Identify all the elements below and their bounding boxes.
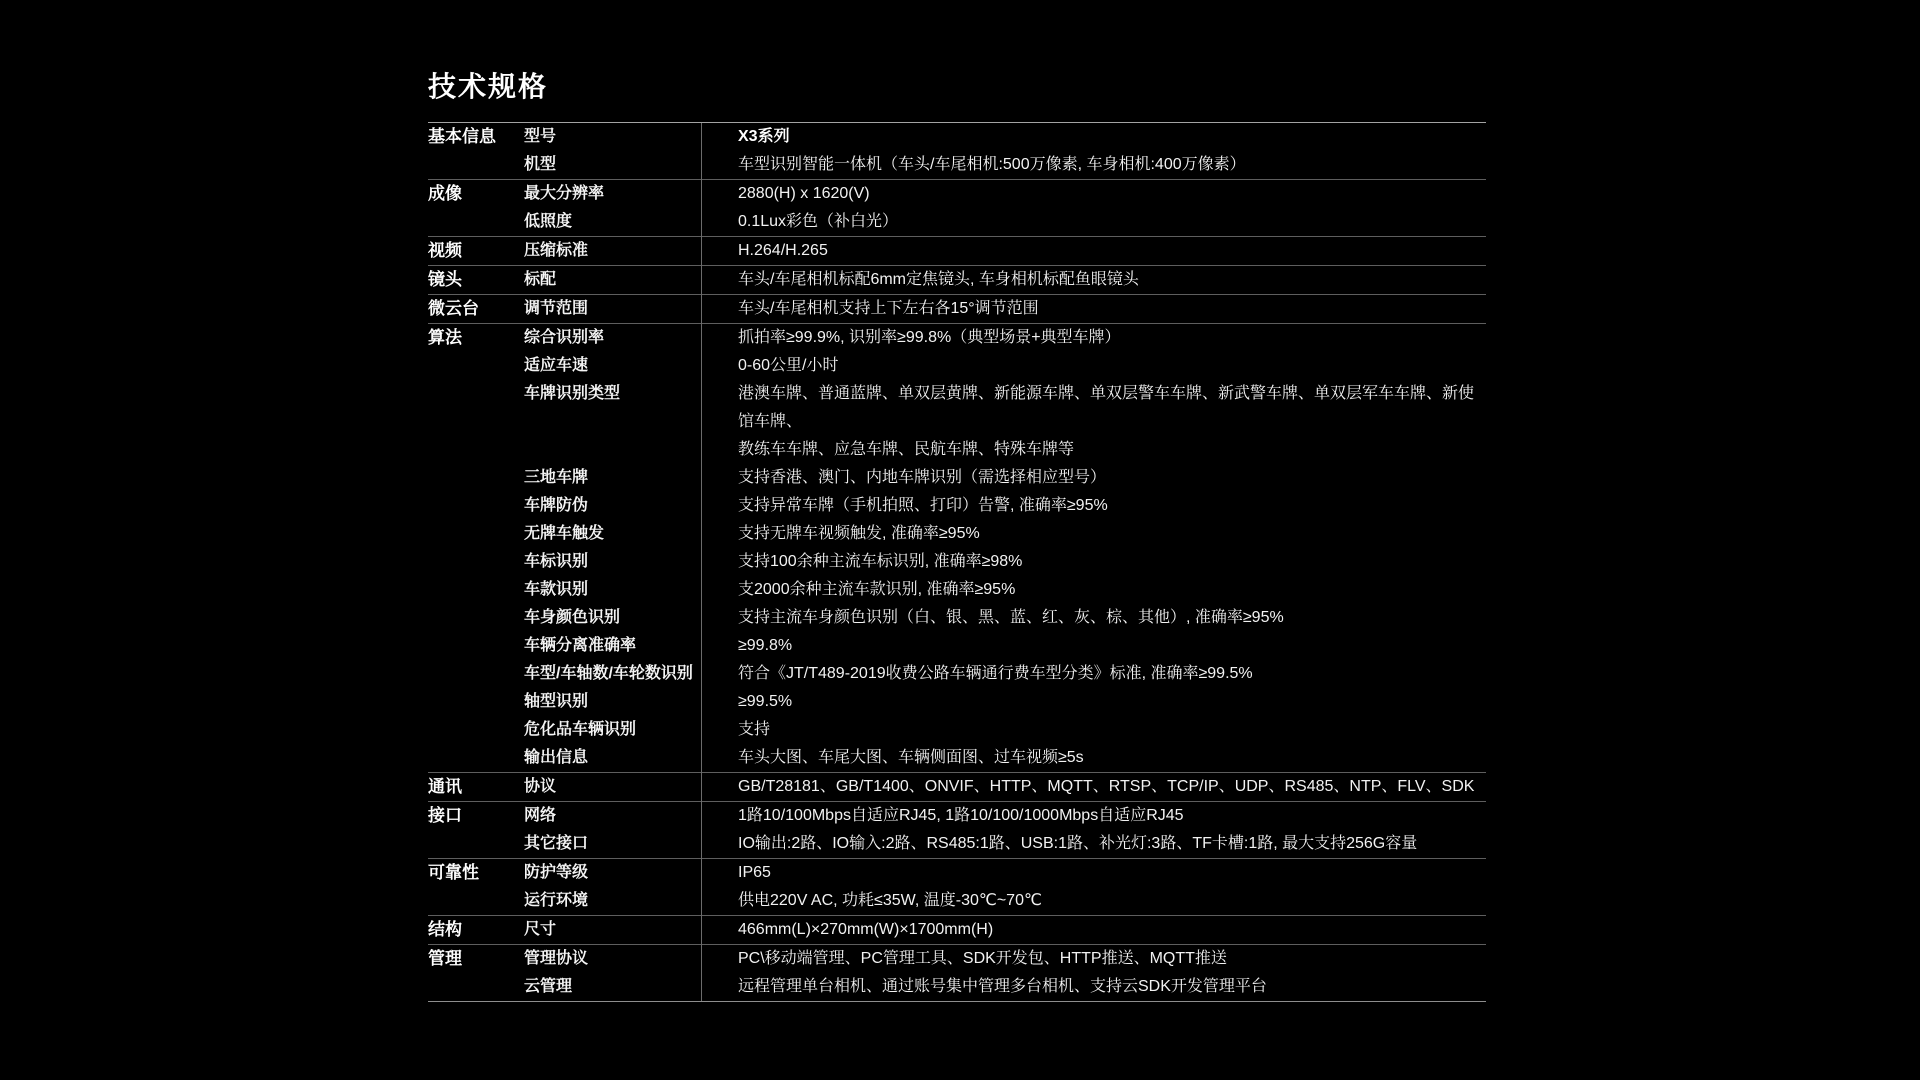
spec-value: PC\移动端管理、PC管理工具、SDK开发包、HTTP推送、MQTT推送 xyxy=(701,945,1486,973)
spec-value: 支2000余种主流车款识别, 准确率≥95% xyxy=(701,576,1486,604)
spec-sections: 基本信息 型号 X3系列 机型 车型识别智能一体机（车头/车尾相机:500万像素… xyxy=(428,123,1486,1001)
spec-row: 尺寸 466mm(L)×270mm(W)×1700mm(H) xyxy=(524,916,1486,944)
spec-name-label: 综合识别率 xyxy=(524,324,701,352)
section-rows: 网络 1路10/100Mbps自适应RJ45, 1路10/100/1000Mbp… xyxy=(524,802,1486,858)
spec-value: 支持100余种主流车标识别, 准确率≥98% xyxy=(701,548,1486,576)
spec-row: 网络 1路10/100Mbps自适应RJ45, 1路10/100/1000Mbp… xyxy=(524,802,1486,830)
spec-row: 压缩标准 H.264/H.265 xyxy=(524,237,1486,265)
spec-row: 三地车牌 支持香港、澳门、内地车牌识别（需选择相应型号） xyxy=(524,464,1486,492)
column-divider xyxy=(701,123,702,1001)
spec-row: 车身颜色识别 支持主流车身颜色识别（白、银、黑、蓝、红、灰、棕、其他）, 准确率… xyxy=(524,604,1486,632)
spec-name-label: 输出信息 xyxy=(524,744,701,772)
spec-section: 结构 尺寸 466mm(L)×270mm(W)×1700mm(H) xyxy=(428,916,1486,945)
spec-name-label: 压缩标准 xyxy=(524,237,701,265)
section-category-label: 管理 xyxy=(428,945,524,1001)
spec-row: 车标识别 支持100余种主流车标识别, 准确率≥98% xyxy=(524,548,1486,576)
spec-value: 港澳车牌、普通蓝牌、单双层黄牌、新能源车牌、单双层警车车牌、新武警车牌、单双层军… xyxy=(701,380,1486,464)
spec-name-label: 危化品车辆识别 xyxy=(524,716,701,744)
spec-name-label: 车标识别 xyxy=(524,548,701,576)
spec-name-label: 车牌防伪 xyxy=(524,492,701,520)
spec-row: 车款识别 支2000余种主流车款识别, 准确率≥95% xyxy=(524,576,1486,604)
spec-section: 视频 压缩标准 H.264/H.265 xyxy=(428,237,1486,266)
spec-name-label: 调节范围 xyxy=(524,295,701,323)
spec-value: 抓拍率≥99.9%, 识别率≥99.8%（典型场景+典型车牌） xyxy=(701,324,1486,352)
spec-row: 输出信息 车头大图、车尾大图、车辆侧面图、过车视频≥5s xyxy=(524,744,1486,772)
spec-value: 车头/车尾相机支持上下左右各15°调节范围 xyxy=(701,295,1486,323)
spec-name-label: 无牌车触发 xyxy=(524,520,701,548)
spec-row: 综合识别率 抓拍率≥99.9%, 识别率≥99.8%（典型场景+典型车牌） xyxy=(524,324,1486,352)
spec-value: 0-60公里/小时 xyxy=(701,352,1486,380)
spec-value: H.264/H.265 xyxy=(701,237,1486,265)
section-category-label: 接口 xyxy=(428,802,524,858)
spec-row: 最大分辨率 2880(H) x 1620(V) xyxy=(524,180,1486,208)
spec-name-label: 运行环境 xyxy=(524,887,701,915)
spec-value: 466mm(L)×270mm(W)×1700mm(H) xyxy=(701,916,1486,944)
spec-value: 车型识别智能一体机（车头/车尾相机:500万像素, 车身相机:400万像素） xyxy=(701,151,1486,179)
spec-row: 调节范围 车头/车尾相机支持上下左右各15°调节范围 xyxy=(524,295,1486,323)
spec-name-label: 最大分辨率 xyxy=(524,180,701,208)
spec-name-label: 三地车牌 xyxy=(524,464,701,492)
page-title: 技术规格 xyxy=(428,70,548,104)
spec-name-label: 车身颜色识别 xyxy=(524,604,701,632)
spec-row: 防护等级 IP65 xyxy=(524,859,1486,887)
spec-name-label: 车牌识别类型 xyxy=(524,380,701,464)
spec-row: 协议 GB/T28181、GB/T1400、ONVIF、HTTP、MQTT、RT… xyxy=(524,773,1486,801)
spec-section: 微云台 调节范围 车头/车尾相机支持上下左右各15°调节范围 xyxy=(428,295,1486,324)
spec-section: 通讯 协议 GB/T28181、GB/T1400、ONVIF、HTTP、MQTT… xyxy=(428,773,1486,802)
spec-value: IP65 xyxy=(701,859,1486,887)
spec-name-label: 云管理 xyxy=(524,973,701,1001)
section-rows: 防护等级 IP65 运行环境 供电220V AC, 功耗≤35W, 温度-30℃… xyxy=(524,859,1486,915)
section-rows: 尺寸 466mm(L)×270mm(W)×1700mm(H) xyxy=(524,916,1486,944)
spec-name-label: 协议 xyxy=(524,773,701,801)
spec-row: 其它接口 IO输出:2路、IO输入:2路、RS485:1路、USB:1路、补光灯… xyxy=(524,830,1486,858)
spec-value: 1路10/100Mbps自适应RJ45, 1路10/100/1000Mbps自适… xyxy=(701,802,1486,830)
section-rows: 最大分辨率 2880(H) x 1620(V) 低照度 0.1Lux彩色（补白光… xyxy=(524,180,1486,236)
spec-value: 支持香港、澳门、内地车牌识别（需选择相应型号） xyxy=(701,464,1486,492)
section-category-label: 镜头 xyxy=(428,266,524,294)
spec-row: 轴型识别 ≥99.5% xyxy=(524,688,1486,716)
spec-value: 车头/车尾相机标配6mm定焦镜头, 车身相机标配鱼眼镜头 xyxy=(701,266,1486,294)
section-category-label: 视频 xyxy=(428,237,524,265)
spec-section: 镜头 标配 车头/车尾相机标配6mm定焦镜头, 车身相机标配鱼眼镜头 xyxy=(428,266,1486,295)
spec-value: IO输出:2路、IO输入:2路、RS485:1路、USB:1路、补光灯:3路、T… xyxy=(701,830,1486,858)
spec-value: 远程管理单台相机、通过账号集中管理多台相机、支持云SDK开发管理平台 xyxy=(701,973,1486,1001)
section-rows: 调节范围 车头/车尾相机支持上下左右各15°调节范围 xyxy=(524,295,1486,323)
section-category-label: 算法 xyxy=(428,324,524,772)
spec-value: 2880(H) x 1620(V) xyxy=(701,180,1486,208)
spec-row: 运行环境 供电220V AC, 功耗≤35W, 温度-30℃~70℃ xyxy=(524,887,1486,915)
spec-name-label: 网络 xyxy=(524,802,701,830)
section-rows: 标配 车头/车尾相机标配6mm定焦镜头, 车身相机标配鱼眼镜头 xyxy=(524,266,1486,294)
spec-row: 无牌车触发 支持无牌车视频触发, 准确率≥95% xyxy=(524,520,1486,548)
spec-value: 0.1Lux彩色（补白光） xyxy=(701,208,1486,236)
section-category-label: 微云台 xyxy=(428,295,524,323)
spec-name-label: 车款识别 xyxy=(524,576,701,604)
spec-row: 车牌识别类型 港澳车牌、普通蓝牌、单双层黄牌、新能源车牌、单双层警车车牌、新武警… xyxy=(524,380,1486,464)
spec-value: 支持无牌车视频触发, 准确率≥95% xyxy=(701,520,1486,548)
section-rows: 综合识别率 抓拍率≥99.9%, 识别率≥99.8%（典型场景+典型车牌） 适应… xyxy=(524,324,1486,772)
section-rows: 协议 GB/T28181、GB/T1400、ONVIF、HTTP、MQTT、RT… xyxy=(524,773,1486,801)
spec-value: 供电220V AC, 功耗≤35W, 温度-30℃~70℃ xyxy=(701,887,1486,915)
spec-row: 车型/车轴数/车轮数识别 符合《JT/T489-2019收费公路车辆通行费车型分… xyxy=(524,660,1486,688)
spec-name-label: 其它接口 xyxy=(524,830,701,858)
section-category-label: 通讯 xyxy=(428,773,524,801)
spec-name-label: 型号 xyxy=(524,123,701,151)
spec-row: 适应车速 0-60公里/小时 xyxy=(524,352,1486,380)
spec-section: 算法 综合识别率 抓拍率≥99.9%, 识别率≥99.8%（典型场景+典型车牌）… xyxy=(428,324,1486,773)
spec-row: 危化品车辆识别 支持 xyxy=(524,716,1486,744)
spec-table: 基本信息 型号 X3系列 机型 车型识别智能一体机（车头/车尾相机:500万像素… xyxy=(428,122,1486,1002)
spec-value: X3系列 xyxy=(701,123,1486,151)
section-rows: 管理协议 PC\移动端管理、PC管理工具、SDK开发包、HTTP推送、MQTT推… xyxy=(524,945,1486,1001)
spec-section: 接口 网络 1路10/100Mbps自适应RJ45, 1路10/100/1000… xyxy=(428,802,1486,859)
spec-value: ≥99.5% xyxy=(701,688,1486,716)
spec-name-label: 管理协议 xyxy=(524,945,701,973)
spec-row: 标配 车头/车尾相机标配6mm定焦镜头, 车身相机标配鱼眼镜头 xyxy=(524,266,1486,294)
spec-page: 技术规格 基本信息 型号 X3系列 机型 车型识别智能一体机（车头/车尾相机:5… xyxy=(0,0,1920,1080)
spec-name-label: 轴型识别 xyxy=(524,688,701,716)
spec-value: 符合《JT/T489-2019收费公路车辆通行费车型分类》标准, 准确率≥99.… xyxy=(701,660,1486,688)
spec-name-label: 车辆分离准确率 xyxy=(524,632,701,660)
spec-name-label: 机型 xyxy=(524,151,701,179)
spec-section: 基本信息 型号 X3系列 机型 车型识别智能一体机（车头/车尾相机:500万像素… xyxy=(428,123,1486,180)
spec-value: 支持异常车牌（手机拍照、打印）告警, 准确率≥95% xyxy=(701,492,1486,520)
spec-name-label: 标配 xyxy=(524,266,701,294)
spec-row: 车牌防伪 支持异常车牌（手机拍照、打印）告警, 准确率≥95% xyxy=(524,492,1486,520)
spec-value: 支持主流车身颜色识别（白、银、黑、蓝、红、灰、棕、其他）, 准确率≥95% xyxy=(701,604,1486,632)
spec-row: 云管理 远程管理单台相机、通过账号集中管理多台相机、支持云SDK开发管理平台 xyxy=(524,973,1486,1001)
spec-row: 机型 车型识别智能一体机（车头/车尾相机:500万像素, 车身相机:400万像素… xyxy=(524,151,1486,179)
spec-name-label: 尺寸 xyxy=(524,916,701,944)
spec-row: 低照度 0.1Lux彩色（补白光） xyxy=(524,208,1486,236)
spec-value: 支持 xyxy=(701,716,1486,744)
spec-name-label: 车型/车轴数/车轮数识别 xyxy=(524,660,701,688)
spec-row: 管理协议 PC\移动端管理、PC管理工具、SDK开发包、HTTP推送、MQTT推… xyxy=(524,945,1486,973)
spec-name-label: 防护等级 xyxy=(524,859,701,887)
section-rows: 型号 X3系列 机型 车型识别智能一体机（车头/车尾相机:500万像素, 车身相… xyxy=(524,123,1486,179)
spec-name-label: 低照度 xyxy=(524,208,701,236)
section-category-label: 成像 xyxy=(428,180,524,236)
section-rows: 压缩标准 H.264/H.265 xyxy=(524,237,1486,265)
spec-name-label: 适应车速 xyxy=(524,352,701,380)
spec-value: ≥99.8% xyxy=(701,632,1486,660)
spec-value: GB/T28181、GB/T1400、ONVIF、HTTP、MQTT、RTSP、… xyxy=(701,773,1486,801)
section-category-label: 基本信息 xyxy=(428,123,524,179)
spec-section: 成像 最大分辨率 2880(H) x 1620(V) 低照度 0.1Lux彩色（… xyxy=(428,180,1486,237)
spec-row: 车辆分离准确率 ≥99.8% xyxy=(524,632,1486,660)
spec-value: 车头大图、车尾大图、车辆侧面图、过车视频≥5s xyxy=(701,744,1486,772)
section-category-label: 可靠性 xyxy=(428,859,524,915)
spec-row: 型号 X3系列 xyxy=(524,123,1486,151)
section-category-label: 结构 xyxy=(428,916,524,944)
spec-section: 可靠性 防护等级 IP65 运行环境 供电220V AC, 功耗≤35W, 温度… xyxy=(428,859,1486,916)
spec-section: 管理 管理协议 PC\移动端管理、PC管理工具、SDK开发包、HTTP推送、MQ… xyxy=(428,945,1486,1001)
